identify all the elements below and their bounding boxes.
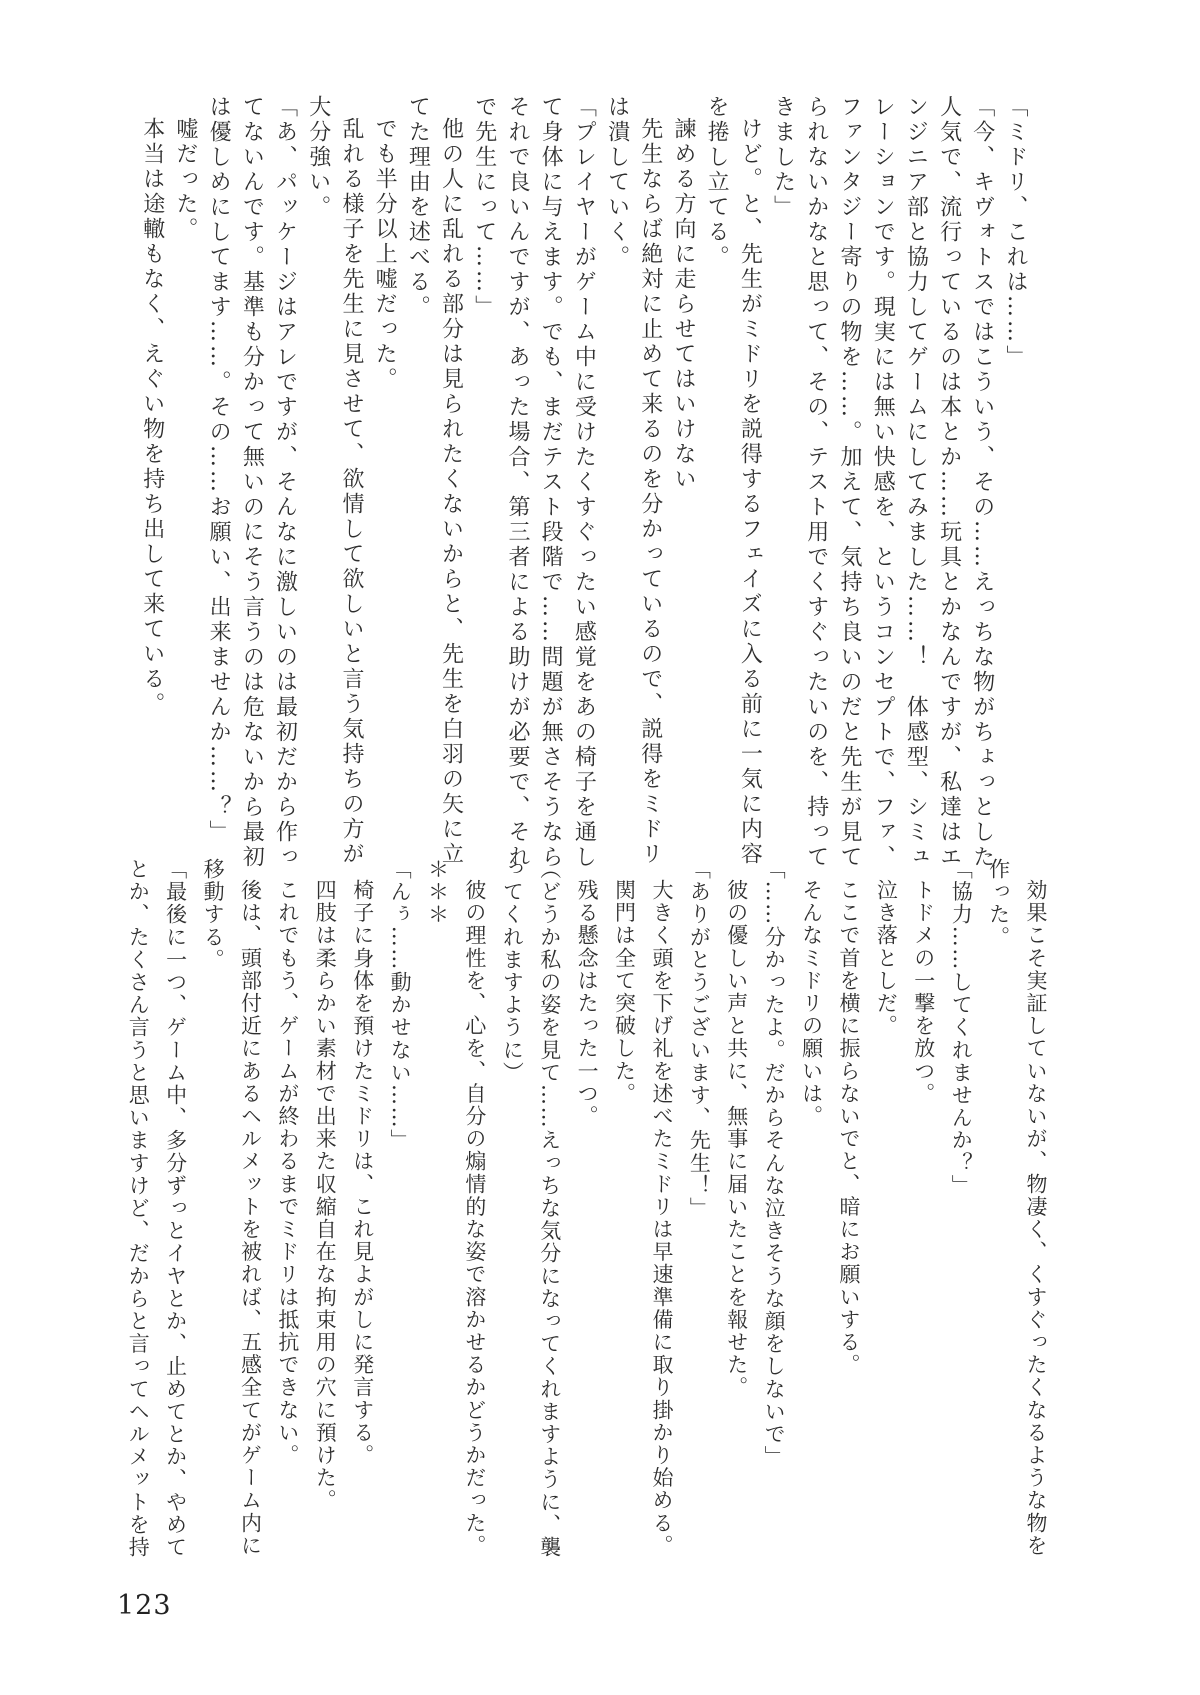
text-band-top: 「ミドリ、これは……」「今、キヴォトスではこういう、その……えっちな物がちょっと… — [136, 95, 1032, 885]
text-line: 「……分かったよ。だからそんな泣きそうな顔をしないで」 — [755, 858, 792, 1564]
page-number: 123 — [117, 1590, 172, 1621]
text-line: てた理由を述べる。 — [401, 95, 434, 885]
text-line: レーションです。現実には無い快感を、というコンセプトで、ファ、 — [866, 95, 899, 885]
text-line: 後は、頭部付近にあるヘルメットを被れば、五感全てがゲーム内に — [231, 858, 268, 1564]
text-line: けど。と、先生がミドリを説得するフェイズに入る前に一気に内容 — [733, 95, 766, 885]
text-line: 本当は途轍もなく、えぐい物を持ち出して来ている。 — [136, 95, 169, 885]
text-line: 「んぅ……動かせない……」 — [381, 858, 418, 1564]
text-line: きました」 — [766, 95, 799, 885]
text-line: 泣き落としだ。 — [867, 858, 904, 1564]
text-line: 作った。 — [979, 858, 1016, 1564]
text-line: で先生にって……」 — [468, 95, 501, 885]
text-line: とか、たくさん言うと思いますけど、だからと言ってヘルメットを持 — [119, 858, 156, 1564]
text-line: そんなミドリの願いは。 — [792, 858, 829, 1564]
text-line: 関門は全て突破した。 — [605, 858, 642, 1564]
text-line: 「プレイヤーがゲーム中に受けたくすぐったい感覚をあの椅子を通し — [567, 95, 600, 885]
text-line: 人気で、流行っているのは本とか……玩具とかなんですが、私達はエ — [932, 95, 965, 885]
text-line: 効果こそ実証していないが、物凄く、くすぐったくなるような物を — [1017, 858, 1054, 1564]
text-line: 「ミドリ、これは……」 — [999, 95, 1032, 885]
text-line: 「今、キヴォトスではこういう、その……えっちな物がちょっとした — [966, 95, 999, 885]
text-line: （どうか私の姿を見て……えっちな気分になってくれますように、襲 — [530, 858, 567, 1564]
text-line: は潰していく。 — [600, 95, 633, 885]
text-line: 先生ならば絶対に止めて来るのを分かっているので、説得をミドリ — [634, 95, 667, 885]
text-band-bottom: 効果こそ実証していないが、物凄く、くすぐったくなるような物を作った。「協力……し… — [119, 858, 1054, 1564]
text-line: ここで首を横に振らないでと、暗にお願いする。 — [830, 858, 867, 1564]
text-line: を捲し立てる。 — [700, 95, 733, 885]
text-line: トドメの一撃を放つ。 — [904, 858, 941, 1564]
text-line: 「協力……してくれませんか？」 — [942, 858, 979, 1564]
text-line: 彼の理性を、心を、自分の煽情的な姿で溶かせるかどうかだった。 — [456, 858, 493, 1564]
text-line: て身体に与えます。でも、まだテスト段階で……問題が無さそうなら — [534, 95, 567, 885]
text-line: 椅子に身体を預けたミドリは、これ見よがしに発言する。 — [343, 858, 380, 1564]
text-line: ファンタジー寄りの物を……。加えて、気持ち良いのだと先生が見て — [833, 95, 866, 885]
text-line: 「あ、パッケージはアレですが、そんなに激しいのは最初だから作っ — [268, 95, 301, 885]
text-line: でも半分以上嘘だった。 — [368, 95, 401, 885]
text-line: ってくれますように） — [493, 858, 530, 1564]
text-line: は優しめにしてます……。その……お願い、出来ませんか……？」 — [202, 95, 235, 885]
text-line: ンジニア部と協力してゲームにしてみました……！ 体感型、シミュ — [899, 95, 932, 885]
text-line: これでもう、ゲームが終わるまでミドリは抵抗できない。 — [268, 858, 305, 1564]
text-line: 諫める方向に走らせてはいけない — [667, 95, 700, 885]
text-line: 「最後に一つ、ゲーム中、多分ずっとイヤとか、止めてとか、やめて — [156, 858, 193, 1564]
text-line: 彼の優しい声と共に、無事に届いたことを報せた。 — [717, 858, 754, 1564]
text-line: 他の人に乱れる部分は見られたくないからと、先生を白羽の矢に立 — [434, 95, 467, 885]
text-line: 嘘だった。 — [169, 95, 202, 885]
text-line: 大きく頭を下げ礼を述べたミドリは早速準備に取り掛かり始める。 — [643, 858, 680, 1564]
text-line: てないんです。基準も分かって無いのにそう言うのは危ないから最初 — [235, 95, 268, 885]
text-line: ＊＊＊ — [418, 858, 455, 1564]
text-line: 残る懸念はたった一つ。 — [568, 858, 605, 1564]
text-line: 大分強い。 — [302, 95, 335, 885]
text-line: 「ありがとうございます、先生！」 — [680, 858, 717, 1564]
page: 「ミドリ、これは……」「今、キヴォトスではこういう、その……えっちな物がちょっと… — [0, 0, 1200, 1695]
text-line: 乱れる様子を先生に見させて、欲情して欲しいと言う気持ちの方が — [335, 95, 368, 885]
text-line: られないかなと思って、その、テスト用でくすぐったいのを、持って — [800, 95, 833, 885]
text-line: 移動する。 — [194, 858, 231, 1564]
text-line: 四肢は柔らかい素材で出来た収縮自在な拘束用の穴に預けた。 — [306, 858, 343, 1564]
text-line: それで良いんですが、あった場合、第三者による助けが必要で、それ — [501, 95, 534, 885]
